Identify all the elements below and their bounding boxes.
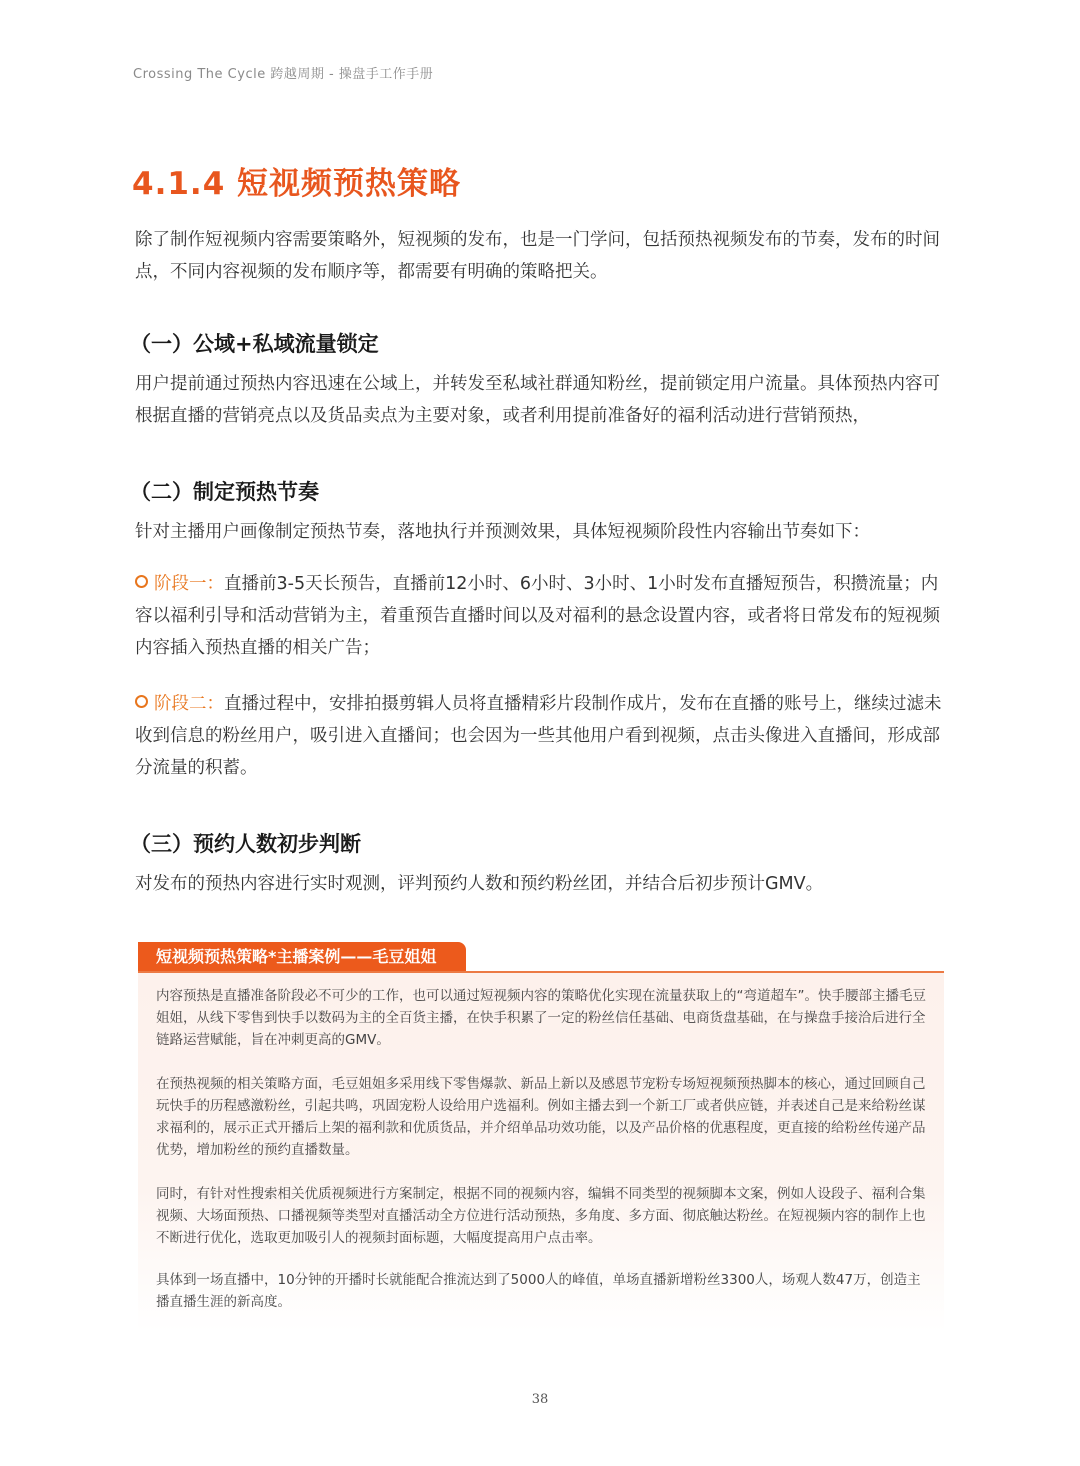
stage-label: 阶段一： [154,574,224,594]
case-study-body: 内容预热是直播准备阶段必不可少的工作，也可以通过短视频内容的策略优化实现在流量获… [138,973,944,1332]
section-3-body: 对发布的预热内容进行实时观测，评判预约人数和预约粉丝团，并结合后初步预计GMV。 [135,868,945,900]
stage-text: 直播前3-5天长预告，直播前12小时、6小时、3小时、1小时发布直播短预告，积攒… [135,574,940,658]
case-paragraph-3: 同时，有针对性搜索相关优质视频进行方案制定，根据不同的视频内容，编辑不同类型的视… [156,1183,926,1249]
case-study-tab: 短视频预热策略*主播案例——毛豆姐姐 [138,942,466,972]
case-paragraph-2: 在预热视频的相关策略方面，毛豆姐姐多采用线下零售爆款、新品上新以及感恩节宠粉专场… [156,1073,926,1161]
page-number: 38 [0,1392,1080,1407]
case-study-box: 短视频预热策略*主播案例——毛豆姐姐 内容预热是直播准备阶段必不可少的工作，也可… [138,942,944,1332]
case-paragraph-1: 内容预热是直播准备阶段必不可少的工作，也可以通过短视频内容的策略优化实现在流量获… [156,985,926,1051]
section-heading-3: （三）预约人数初步判断 [130,828,361,858]
section-heading-1: （一）公域+私域流量锁定 [130,328,379,358]
section-1-body: 用户提前通过预热内容迅速在公域上，并转发至私域社群通知粉丝，提前锁定用户流量。具… [135,368,945,432]
case-paragraph-4: 具体到一场直播中，10分钟的开播时长就能配合推流达到了5000人的峰值，单场直播… [156,1269,926,1313]
stage-item-2: 阶段二：直播过程中，安排拍摄剪辑人员将直播精彩片段制作成片，发布在直播的账号上，… [135,688,945,784]
intro-paragraph: 除了制作短视频内容需要策略外，短视频的发布，也是一门学问，包括预热视频发布的节奏… [135,224,945,288]
stage-item-1: 阶段一：直播前3-5天长预告，直播前12小时、6小时、3小时、1小时发布直播短预… [135,568,945,664]
stage-text: 直播过程中，安排拍摄剪辑人员将直播精彩片段制作成片，发布在直播的账号上，继续过滤… [135,694,942,778]
page-title: 4.1.4 短视频预热策略 [132,158,461,203]
section-2-body: 针对主播用户画像制定预热节奏，落地执行并预测效果，具体短视频阶段性内容输出节奏如… [135,516,945,548]
circle-bullet-icon [135,575,148,588]
running-header: Crossing The Cycle 跨越周期 - 操盘手工作手册 [133,63,433,82]
stage-label: 阶段二： [154,694,224,714]
section-heading-2: （二）制定预热节奏 [130,476,319,506]
circle-bullet-icon [135,695,148,708]
